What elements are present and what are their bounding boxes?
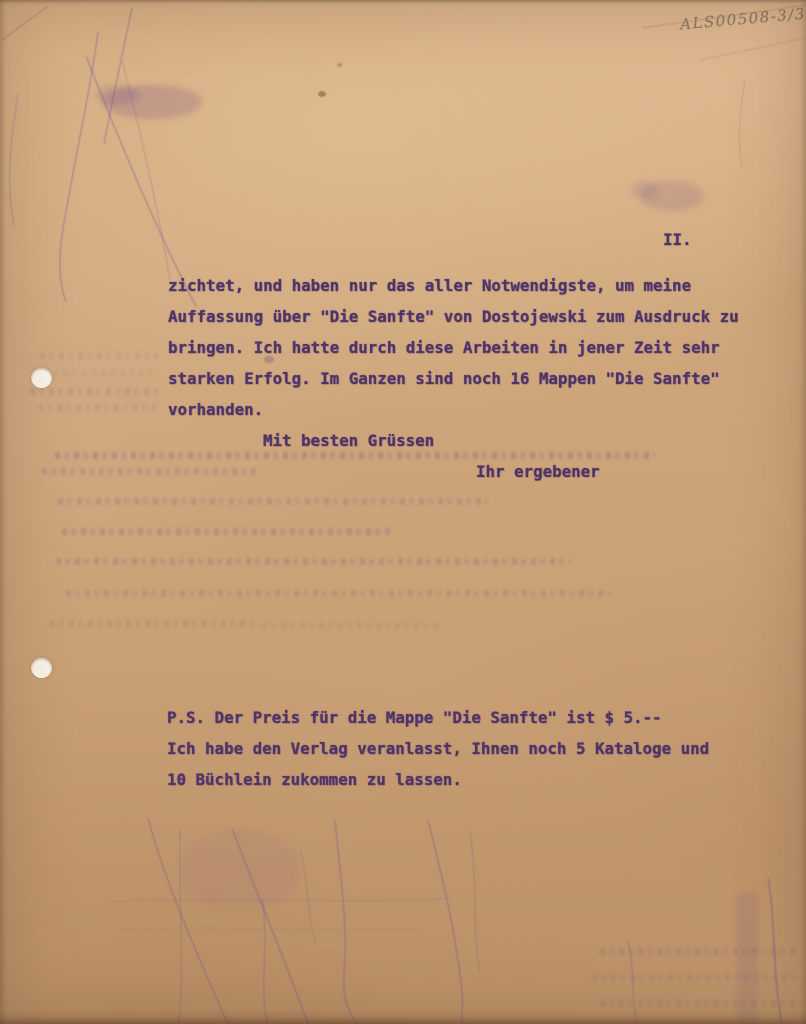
ghost-text-row [44,370,154,377]
ghost-text-row [40,352,160,359]
ghost-text-row [262,622,442,629]
ghost-text-row [30,388,160,395]
body-line-4: starken Erfolg. Im Ganzen sind noch 16 M… [168,363,720,394]
archive-reference: ALS00508-3/3 [679,5,806,34]
ps-line-2: Ich habe den Verlag veranlasst, Ihnen no… [167,733,709,764]
body-line-2: Auffassung über "Die Sanfte" von Dostoje… [168,301,739,332]
ghost-text-row [62,528,392,535]
closing-regards: Mit besten Grüssen [263,425,434,456]
ghost-text-row [600,1000,795,1007]
punch-hole-bottom [31,657,52,678]
ps-line-3: 10 Büchlein zukommen zu lassen. [167,764,462,795]
scratch-marks [0,0,806,1024]
body-line-3: bringen. Ich hatte durch diese Arbeiten … [168,332,720,363]
ghost-text-row [56,558,571,565]
closing-signoff: Ihr ergebener [476,456,600,487]
body-line-5: vorhanden. [168,394,263,425]
page-number: II. [663,224,692,255]
body-line-1: zichtet, und haben nur das aller Notwend… [168,270,691,301]
ghost-text-row [42,468,257,475]
ghost-text-row [38,404,156,411]
ghost-text-row [58,498,488,505]
ps-line-1: P.S. Der Preis für die Mappe "Die Sanfte… [167,702,662,733]
ink-bleed-band [737,893,758,1024]
scratch-lines-bottom [110,818,782,1024]
letter-page: ALS00508-3/3 II. zichtet, und haben nur … [0,0,806,1024]
scratch-lines [2,6,196,306]
ghost-text-row [50,620,260,627]
ghost-text-row [66,590,611,597]
ink-spot [337,63,342,67]
ghost-text-row [592,974,797,981]
ink-spot [318,91,326,97]
punch-hole-top [31,367,52,388]
ghost-text-row [600,948,795,955]
